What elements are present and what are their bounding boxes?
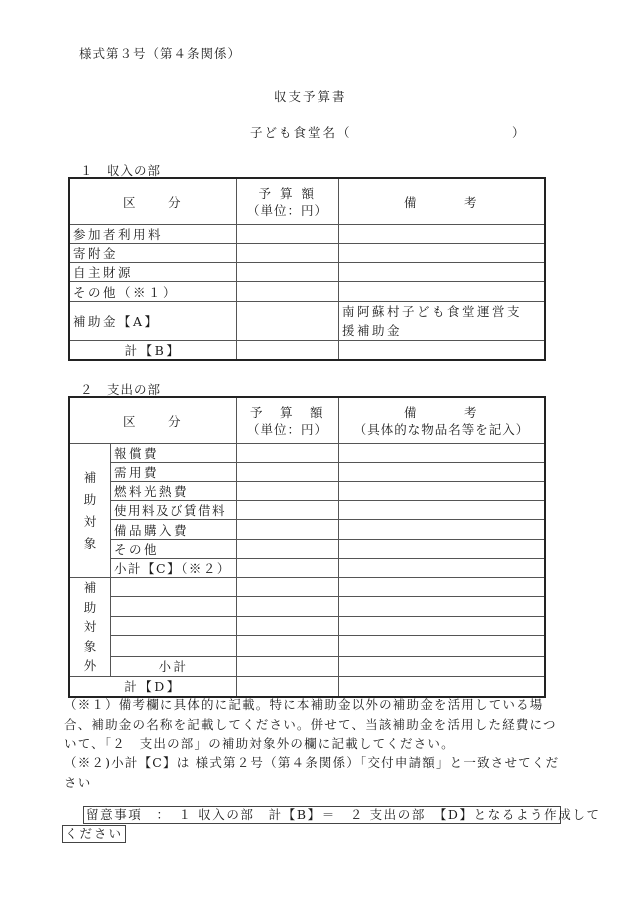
- row-category: 使用料及び賃借料: [111, 501, 237, 520]
- table-row: 補助対象 報償費: [70, 444, 545, 463]
- amount-cell[interactable]: [237, 616, 339, 635]
- remarks-cell[interactable]: [339, 520, 545, 540]
- footnote-2: （※２)小計【C】は 様式第２号（第４条関係）「交付申請額」と一致させてください: [64, 753, 564, 792]
- table-row: その他（※１）: [70, 282, 545, 302]
- cafeteria-name-label: 子ども食堂名（: [250, 123, 352, 141]
- amount-cell[interactable]: [237, 540, 339, 559]
- subtotal-label: 小計【C】（※２）: [111, 559, 237, 578]
- table-row: その他: [70, 540, 545, 559]
- page-title: 収支予算書: [274, 87, 347, 105]
- remarks-cell[interactable]: [339, 656, 545, 676]
- remarks-cell[interactable]: [339, 676, 545, 696]
- remarks-cell[interactable]: [339, 616, 545, 635]
- amount-cell[interactable]: [237, 482, 339, 501]
- row-category: 補助金【A】: [70, 302, 237, 341]
- remarks-cell[interactable]: [339, 463, 545, 482]
- table-row: [70, 636, 545, 657]
- amount-cell[interactable]: [237, 282, 339, 302]
- subsidized-group-label: 補助対象: [70, 444, 111, 578]
- row-category: 需用費: [111, 463, 237, 482]
- row-category[interactable]: [111, 597, 237, 616]
- amount-cell[interactable]: [237, 597, 339, 616]
- amount-cell[interactable]: [237, 520, 339, 540]
- row-category: 参加者利用料: [70, 225, 237, 244]
- remarks-cell[interactable]: 南阿蘇村子ども食堂運営支 援補助金: [339, 302, 545, 341]
- table-row: 参加者利用料: [70, 225, 545, 244]
- row-category: その他（※１）: [70, 282, 237, 302]
- remarks-cell[interactable]: [339, 225, 545, 244]
- remarks-label: 備 考: [342, 404, 541, 421]
- unit-label: （単位：円）: [240, 421, 335, 438]
- remarks-cell[interactable]: [339, 341, 545, 360]
- expense-header-remarks: 備 考 （具体的な物品名等を記入）: [339, 398, 545, 444]
- subtotal-label: 小計: [111, 656, 237, 676]
- expense-heading: ２ 支出の部: [80, 380, 161, 398]
- row-category[interactable]: [111, 616, 237, 635]
- income-header-budget: 予 算 額 （単位：円）: [237, 179, 339, 225]
- remarks-hint: （具体的な物品名等を記入）: [342, 421, 541, 438]
- row-category: 備品購入費: [111, 520, 237, 540]
- table-row: 使用料及び賃借料: [70, 501, 545, 520]
- income-header-category: 区 分: [70, 179, 237, 225]
- group-label-text: 補助対象外: [83, 578, 97, 676]
- caution-box-line1: 留意事項 ： １ 収入の部 計【B】＝ ２ 支出の部 【D】となるよう作成して: [83, 806, 561, 824]
- income-table: 区 分 予 算 額 （単位：円） 備 考 参加者利用料 寄附金 自主財源 その他…: [69, 178, 545, 360]
- amount-cell[interactable]: [237, 263, 339, 282]
- amount-cell[interactable]: [237, 578, 339, 597]
- remarks-cell[interactable]: [339, 444, 545, 463]
- cafeteria-name-close: ）: [512, 123, 525, 141]
- amount-cell[interactable]: [237, 244, 339, 263]
- table-row: 燃料光熱費: [70, 482, 545, 501]
- subtotal-row: 小計: [70, 656, 545, 676]
- remarks-cell[interactable]: [339, 263, 545, 282]
- non-subsidized-group-label: 補助対象外: [70, 578, 111, 677]
- total-row: 計【B】: [70, 341, 545, 360]
- budget-label: 予 算 額: [240, 404, 335, 421]
- form-number: 様式第３号（第４条関係）: [79, 44, 241, 62]
- table-row: 補助対象外: [70, 578, 545, 597]
- amount-cell[interactable]: [237, 444, 339, 463]
- unit-label: （単位：円）: [240, 202, 335, 219]
- remarks-cell[interactable]: [339, 244, 545, 263]
- subtotal-row: 小計【C】（※２）: [70, 559, 545, 578]
- remarks-cell[interactable]: [339, 482, 545, 501]
- remarks-cell[interactable]: [339, 540, 545, 559]
- row-category: 自主財源: [70, 263, 237, 282]
- amount-cell[interactable]: [237, 341, 339, 360]
- expense-header-category: 区 分: [70, 398, 237, 444]
- amount-cell[interactable]: [237, 302, 339, 341]
- amount-cell[interactable]: [237, 559, 339, 578]
- row-category: 燃料光熱費: [111, 482, 237, 501]
- income-heading: １ 収入の部: [80, 161, 161, 179]
- remarks-line: 援補助金: [342, 321, 541, 340]
- table-row: [70, 597, 545, 616]
- remarks-cell[interactable]: [339, 282, 545, 302]
- caution-box-line2: ください: [62, 825, 126, 843]
- expense-table: 区 分 予 算 額 （単位：円） 備 考 （具体的な物品名等を記入） 補助対象 …: [69, 397, 545, 697]
- table-row: 備品購入費: [70, 520, 545, 540]
- table-row: [70, 616, 545, 635]
- remarks-cell[interactable]: [339, 636, 545, 657]
- income-header-remarks: 備 考: [339, 179, 545, 225]
- row-category[interactable]: [111, 636, 237, 657]
- remarks-line: 南阿蘇村子ども食堂運営支: [342, 302, 541, 321]
- table-row: 自主財源: [70, 263, 545, 282]
- row-category[interactable]: [111, 578, 237, 597]
- budget-label: 予 算 額: [240, 185, 335, 202]
- cafeteria-name-field[interactable]: [356, 121, 514, 139]
- remarks-cell[interactable]: [339, 559, 545, 578]
- total-row: 計【D】: [70, 676, 545, 696]
- amount-cell[interactable]: [237, 463, 339, 482]
- table-row: 需用費: [70, 463, 545, 482]
- amount-cell[interactable]: [237, 656, 339, 676]
- amount-cell[interactable]: [237, 636, 339, 657]
- remarks-cell[interactable]: [339, 501, 545, 520]
- footnote-1: （※１）備考欄に具体的に記載。特に本補助金以外の補助金を活用している場合、補助金…: [64, 695, 564, 754]
- amount-cell[interactable]: [237, 676, 339, 696]
- amount-cell[interactable]: [237, 225, 339, 244]
- amount-cell[interactable]: [237, 501, 339, 520]
- expense-header-budget: 予 算 額 （単位：円）: [237, 398, 339, 444]
- remarks-cell[interactable]: [339, 578, 545, 597]
- table-row: 補助金【A】 南阿蘇村子ども食堂運営支 援補助金: [70, 302, 545, 341]
- total-label: 計【B】: [70, 341, 237, 360]
- group-label-text: 補助対象: [83, 467, 97, 555]
- row-category: 報償費: [111, 444, 237, 463]
- remarks-cell[interactable]: [339, 597, 545, 616]
- table-row: 寄附金: [70, 244, 545, 263]
- row-category: 寄附金: [70, 244, 237, 263]
- total-label: 計【D】: [70, 676, 237, 696]
- row-category: その他: [111, 540, 237, 559]
